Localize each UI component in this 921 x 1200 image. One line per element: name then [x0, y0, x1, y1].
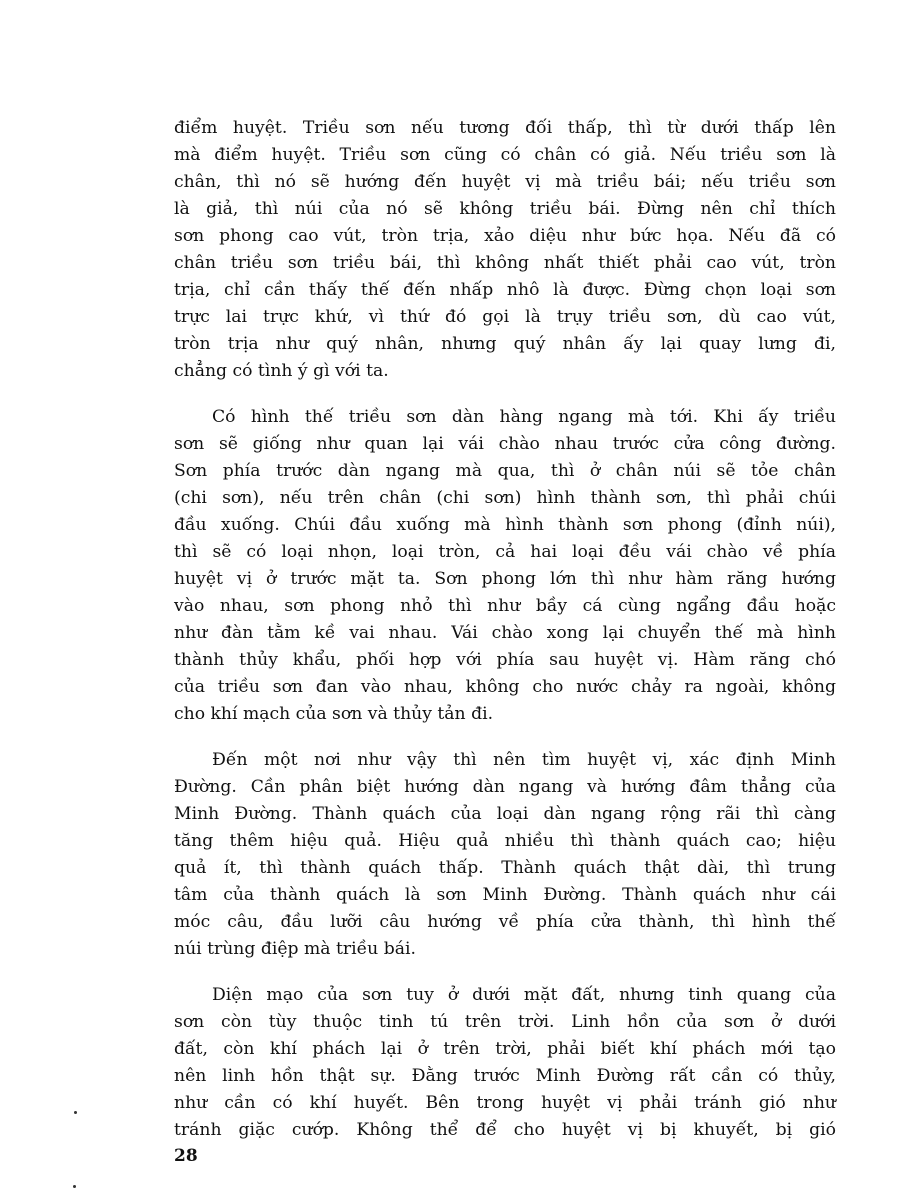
scan-speck: [73, 1185, 76, 1188]
text-line: của triều sơn đan vào nhau, không cho nư…: [174, 674, 836, 701]
paragraph-spacer: [174, 963, 836, 982]
text-line: như đàn tằm kề vai nhau. Vái chào xong l…: [174, 620, 836, 647]
text-line: thành thủy khẩu, phối hợp với phía sau h…: [174, 647, 836, 674]
text-line: (chi sơn), nếu trên chân (chi sơn) hình …: [174, 485, 836, 512]
text-line: chân, thì nó sẽ hướng đến huyệt vị mà tr…: [174, 169, 836, 196]
text-line: chân triều sơn triều bái, thì không nhất…: [174, 250, 836, 277]
text-line: tránh giặc cướp. Không thể để cho huyệt …: [174, 1117, 836, 1144]
text-line: Sơn phía trước dàn ngang mà qua, thì ở c…: [174, 458, 836, 485]
text-line: huyệt vị ở trước mặt ta. Sơn phong lớn t…: [174, 566, 836, 593]
text-line: trực lai trực khứ, vì thứ đó gọi là trụy…: [174, 304, 836, 331]
text-line: trịa, chỉ cần thấy thế đến nhấp nhô là đ…: [174, 277, 836, 304]
text-line: vào nhau, sơn phong nhỏ thì như bầy cá c…: [174, 593, 836, 620]
text-line: sơn còn tùy thuộc tinh tú trên trời. Lin…: [174, 1009, 836, 1036]
text-line: tăng thêm hiệu quả. Hiệu quả nhiều thì t…: [174, 828, 836, 855]
text-line: Đường. Cần phân biệt hướng dàn ngang và …: [174, 774, 836, 801]
paragraph-spacer: [174, 728, 836, 747]
text-line: mà điểm huyệt. Triều sơn cũng có chân có…: [174, 142, 836, 169]
text-line: Có hình thế triều sơn dàn hàng ngang mà …: [174, 404, 836, 431]
text-line: Diện mạo của sơn tuy ở dưới mặt đất, như…: [174, 982, 836, 1009]
paragraph-3: Đến một nơi như vậy thì nên tìm huyệt vị…: [174, 747, 836, 963]
scan-speck: [74, 1111, 77, 1114]
text-line: như cần có khí huyết. Bên trong huyệt vị…: [174, 1090, 836, 1117]
text-line: sơn sẽ giống như quan lại vái chào nhau …: [174, 431, 836, 458]
paragraph-spacer: [174, 385, 836, 404]
text-line: thì sẽ có loại nhọn, loại tròn, cả hai l…: [174, 539, 836, 566]
paragraph-2: Có hình thế triều sơn dàn hàng ngang mà …: [174, 404, 836, 728]
text-line: điểm huyệt. Triều sơn nếu tương đối thấp…: [174, 115, 836, 142]
text-line: là giả, thì núi của nó sẽ không triều bá…: [174, 196, 836, 223]
text-line: tâm của thành quách là sơn Minh Đường. T…: [174, 882, 836, 909]
text-line: nên linh hồn thật sự. Đằng trước Minh Đư…: [174, 1063, 836, 1090]
text-line: chẳng có tình ý gì với ta.: [174, 358, 836, 385]
page-number: 28: [174, 1146, 198, 1166]
text-line: cho khí mạch của sơn và thủy tản đi.: [174, 701, 836, 728]
document-page: điểm huyệt. Triều sơn nếu tương đối thấp…: [0, 0, 921, 1200]
text-line: móc câu, đầu lưỡi câu hướng về phía cửa …: [174, 909, 836, 936]
text-line: Đến một nơi như vậy thì nên tìm huyệt vị…: [174, 747, 836, 774]
paragraph-1: điểm huyệt. Triều sơn nếu tương đối thấp…: [174, 115, 836, 385]
text-line: tròn trịa như quý nhân, nhưng quý nhân ấ…: [174, 331, 836, 358]
text-line: đất, còn khí phách lại ở trên trời, phải…: [174, 1036, 836, 1063]
text-line: núi trùng điệp mà triều bái.: [174, 936, 836, 963]
paragraph-4: Diện mạo của sơn tuy ở dưới mặt đất, như…: [174, 982, 836, 1144]
text-line: sơn phong cao vút, tròn trịa, xảo diệu n…: [174, 223, 836, 250]
body-text: điểm huyệt. Triều sơn nếu tương đối thấp…: [174, 115, 836, 1144]
text-line: Minh Đường. Thành quách của loại dàn nga…: [174, 801, 836, 828]
text-line: đầu xuống. Chúi đầu xuống mà hình thành …: [174, 512, 836, 539]
text-line: quả ít, thì thành quách thấp. Thành quác…: [174, 855, 836, 882]
